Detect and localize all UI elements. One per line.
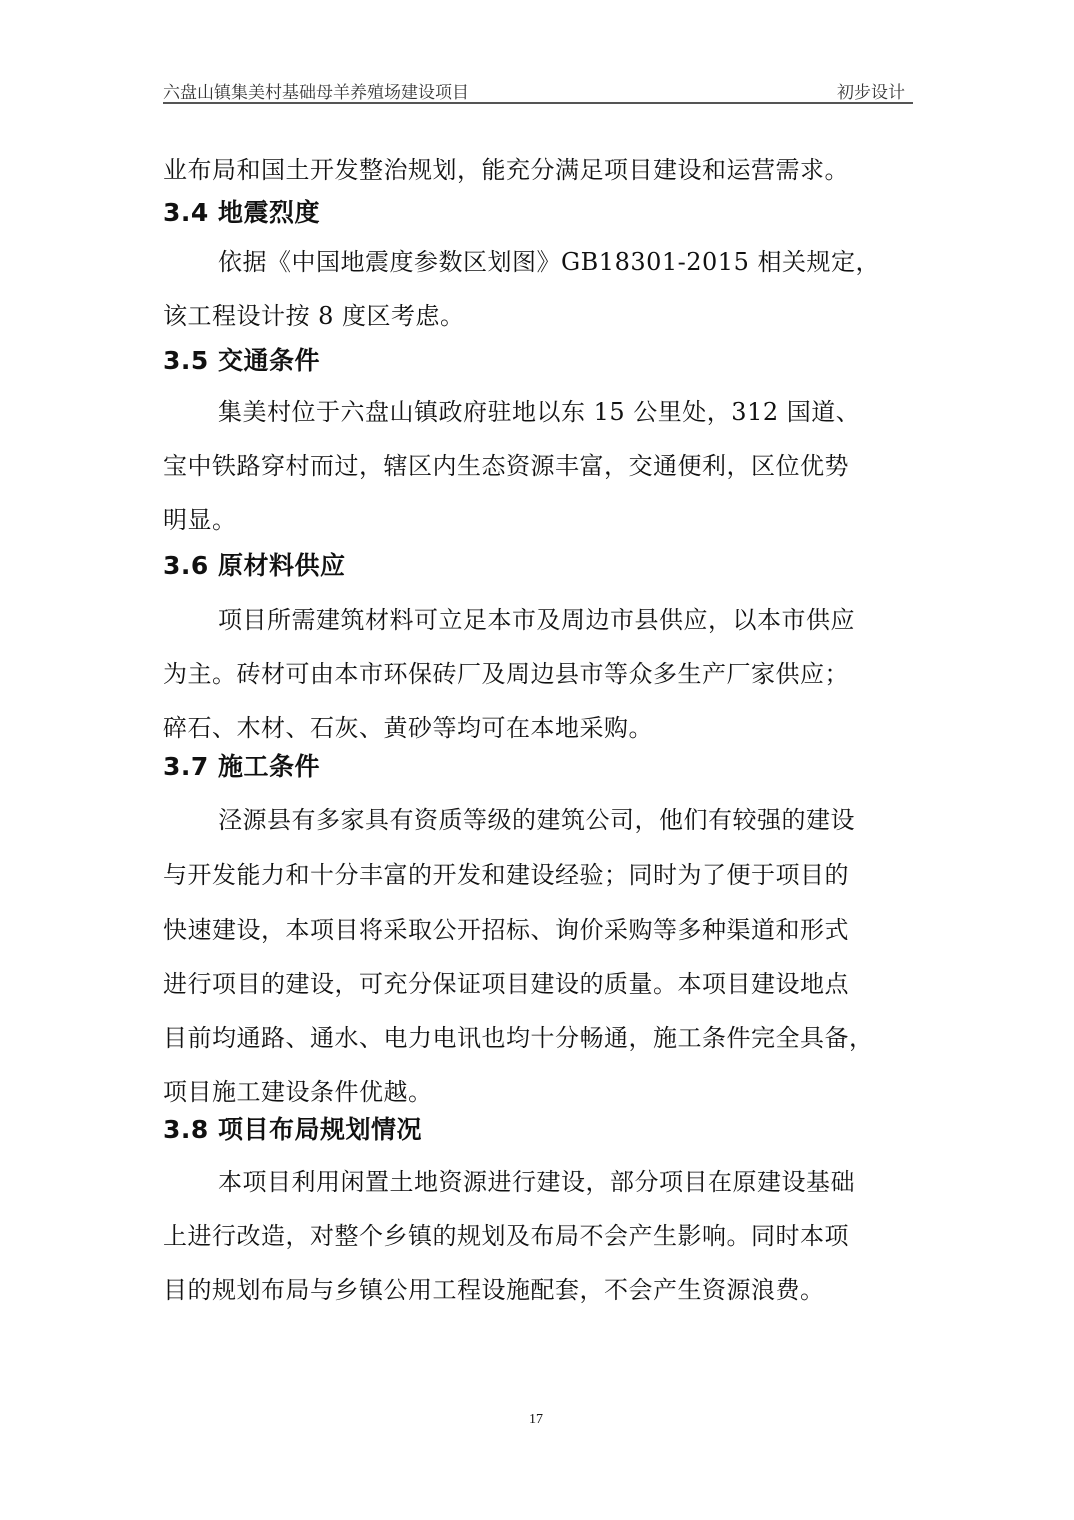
section-heading: 3.5 交通条件 bbox=[163, 341, 320, 377]
paragraph-line: 明显。 bbox=[163, 500, 237, 535]
paragraph-line: 泾源县有多家具有资质等级的建筑公司，他们有较强的建设 bbox=[218, 800, 855, 835]
paragraph-line: 上进行改造，对整个乡镇的规划及布局不会产生影响。同时本项 bbox=[163, 1216, 849, 1251]
paragraph-line: 宝中铁路穿村而过，辖区内生态资源丰富，交通便利，区位优势 bbox=[163, 446, 849, 481]
paragraph-line: 依据《中国地震度参数区划图》GB18301-2015 相关规定， bbox=[218, 242, 880, 277]
header-section: 初步设计 bbox=[837, 78, 905, 103]
section-heading: 3.8 项目布局规划情况 bbox=[163, 1110, 422, 1146]
section-heading: 3.6 原材料供应 bbox=[163, 546, 346, 582]
paragraph-line: 快速建设，本项目将采取公开招标、询价采购等多种渠道和形式 bbox=[163, 910, 849, 945]
paragraph-line: 为主。砖材可由本市环保砖厂及周边县市等众多生产厂家供应； bbox=[163, 654, 849, 689]
paragraph-line: 项目施工建设条件优越。 bbox=[163, 1072, 433, 1107]
paragraph-line: 项目所需建筑材料可立足本市及周边市县供应，以本市供应 bbox=[218, 600, 855, 635]
header-title: 六盘山镇集美村基础母羊养殖场建设项目 bbox=[163, 78, 469, 103]
page-number: 17 bbox=[529, 1412, 543, 1428]
paragraph-line: 与开发能力和十分丰富的开发和建设经验；同时为了便于项目的 bbox=[163, 855, 849, 890]
paragraph-line: 集美村位于六盘山镇政府驻地以东 15 公里处，312 国道、 bbox=[218, 392, 860, 427]
paragraph-line: 碎石、木材、石灰、黄砂等均可在本地采购。 bbox=[163, 708, 653, 743]
paragraph-line: 目的规划布局与乡镇公用工程设施配套，不会产生资源浪费。 bbox=[163, 1270, 825, 1305]
paragraph-line: 本项目利用闲置土地资源进行建设，部分项目在原建设基础 bbox=[218, 1162, 855, 1197]
section-heading: 3.4 地震烈度 bbox=[163, 193, 320, 229]
paragraph-line: 业布局和国土开发整治规划，能充分满足项目建设和运营需求。 bbox=[163, 150, 849, 185]
page-header: 六盘山镇集美村基础母羊养殖场建设项目 初步设计 bbox=[163, 78, 913, 104]
paragraph-line: 目前均通路、通水、电力电讯也均十分畅通，施工条件完全具备， bbox=[163, 1018, 874, 1053]
section-heading: 3.7 施工条件 bbox=[163, 747, 320, 783]
paragraph-line: 进行项目的建设，可充分保证项目建设的质量。本项目建设地点 bbox=[163, 964, 849, 999]
paragraph-line: 该工程设计按 8 度区考虑。 bbox=[163, 296, 465, 331]
